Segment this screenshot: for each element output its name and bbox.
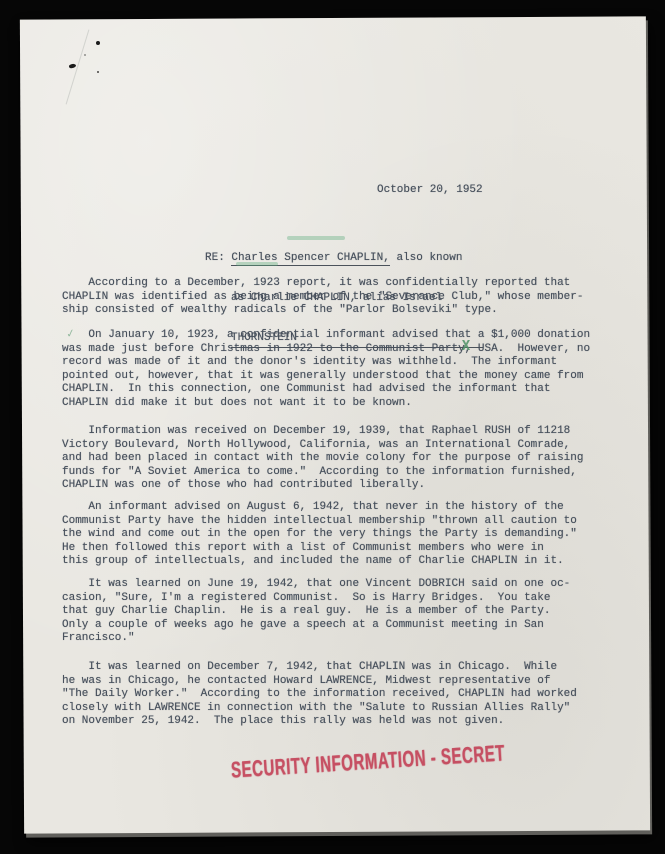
subject-line-1-rest: also known: [390, 252, 463, 264]
green-underline-smudge: [287, 236, 345, 240]
document-date: October 20, 1952: [377, 184, 483, 198]
scanned-document: October 20, 1952 RE: Charles Spencer CHA…: [0, 0, 665, 854]
paragraph-informant-1942: An informant advised on August 6, 1942, …: [62, 501, 577, 569]
green-x-annotation: X: [462, 339, 471, 355]
green-underline-smudge: [236, 262, 278, 266]
ink-speck: [97, 71, 99, 73]
ink-speck: [96, 41, 100, 45]
subject-prefix: RE:: [205, 252, 231, 264]
paragraph-dobrich: It was learned on June 19, 1942, that on…: [62, 578, 570, 646]
paragraph-chicago: It was learned on December 7, 1942, that…: [62, 661, 577, 729]
ink-speck: [84, 54, 86, 56]
paragraph-donation: On January 10, 1923, a confidential info…: [62, 329, 590, 410]
paragraph-raphael-rush: Information was received on December 19,…: [62, 425, 584, 493]
paragraph-severance-club: According to a December, 1923 report, it…: [62, 277, 584, 318]
